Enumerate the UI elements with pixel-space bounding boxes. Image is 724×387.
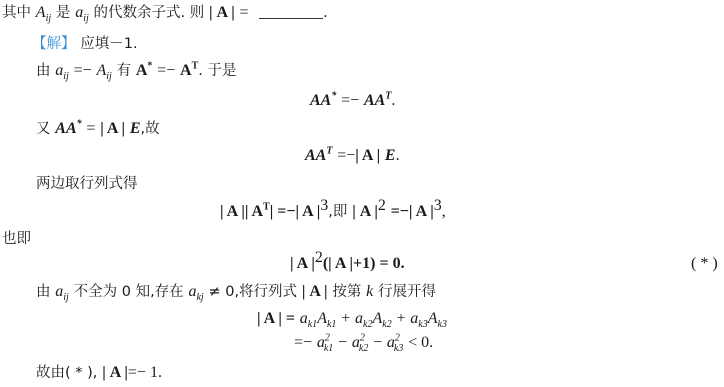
label-star: ( * ) [691, 255, 718, 272]
element-akj: akj [188, 283, 203, 300]
derivation-line-5: 由 aij 不全为 0 知,存在 akj ≠ 0,将行列式 | A | 按第 k… [36, 281, 436, 302]
transpose-A: AT [180, 62, 198, 79]
text-you: 由 [36, 63, 51, 79]
solution-tag: 【解】 [32, 36, 76, 52]
determinant-A: | A | [209, 4, 235, 21]
element-symbol: aij [75, 4, 89, 21]
text-you: 由 [36, 284, 51, 300]
derivation-line-1: 由 aij =− Aij 有 A* =− AT. 于是 [36, 60, 236, 81]
equals-sign: = [240, 4, 249, 21]
det-rhs: | =−| A | [270, 203, 321, 220]
text: 两边取行列式得 [36, 176, 138, 192]
square-2: a2k2 [352, 334, 368, 351]
text-tail: . 于是 [198, 63, 236, 79]
cofactor-symbol: Aij [96, 62, 111, 79]
period: . [391, 92, 395, 109]
element-symbol: aij [55, 62, 69, 79]
determinant-A: | A | [102, 364, 128, 381]
text-ji: ,即 [328, 204, 347, 220]
period: . [396, 147, 400, 164]
exponent: 2 [315, 249, 323, 266]
conclusion: 故由( * ), | A |=− 1. [36, 362, 162, 383]
minus: − [338, 334, 347, 351]
determinant-A: | A | [100, 120, 125, 137]
equation-body: (| A |+1) = 0. [323, 255, 405, 272]
text-tail: 行展开得 [378, 284, 436, 300]
equation-label: ( * ) [691, 253, 718, 274]
text-prefix: 故由( * ), [36, 365, 97, 381]
equation-2: AAT =−| A | E. [305, 145, 400, 166]
equation-6: =− a2k1 − a2k2 − a2k3 < 0. [294, 332, 433, 353]
adjugate-A: A* [136, 62, 153, 79]
element-symbol: aij [55, 283, 69, 300]
AA-star: AA* [55, 120, 81, 137]
answer-blank [259, 18, 323, 19]
equals-neg: =− [337, 147, 355, 164]
equals-neg: =− [74, 62, 92, 79]
equation-1: AA* =− AAT. [310, 90, 395, 111]
period: . [323, 4, 327, 21]
answer-text: 应填－1. [80, 36, 137, 52]
text-has: 有 [117, 63, 132, 79]
det-rhs: =−| A | [391, 203, 434, 220]
equation-3: | A || AT| =−| A |3,即 | A |2 =−| A |3, [220, 201, 446, 222]
identity-E: E [385, 147, 396, 164]
equation-5: | A | = ak1Ak1 + ak2Ak2 + ak3Ak3 [257, 308, 447, 329]
identity-E: E [130, 120, 141, 137]
square-1: a2k1 [317, 334, 333, 351]
less-than-zero: < 0. [408, 334, 433, 351]
det-product: | A || AT [220, 203, 270, 220]
minus: − [373, 334, 382, 351]
exponent: 2 [378, 197, 386, 214]
determinant-A: | A | [355, 147, 380, 164]
derivation-line-4: 也即 [2, 228, 31, 249]
equals-neg: =− [294, 334, 312, 351]
rhs: AAT [364, 92, 391, 109]
term-2: ak2Ak2 [355, 310, 392, 327]
equals-neg: =− [157, 62, 175, 79]
text-is: 是 [56, 5, 71, 21]
result: =− 1. [128, 364, 162, 381]
determinant-A: | A | [302, 283, 328, 300]
det-A: | A | [352, 203, 378, 220]
cofactor-symbol: Aij [36, 4, 51, 21]
equation-4: | A |2(| A |+1) = 0. [290, 253, 405, 274]
square-3: a2k3 [387, 334, 403, 351]
text-you: 又 [36, 121, 51, 137]
comma: , [442, 203, 446, 220]
text: 也即 [2, 231, 31, 247]
text-prefix: 其中 [2, 5, 31, 21]
solution-header: 【解】 应填－1. [32, 33, 138, 54]
plus: + [341, 310, 350, 327]
text-tail: ,故 [141, 121, 160, 137]
det-A: | A | [290, 255, 315, 272]
problem-statement: 其中 Aij 是 aij 的代数余子式. 则 | A | = . [2, 2, 327, 23]
text-mid2: ≠ 0,将行列式 [208, 284, 297, 300]
lhs: | A | = [257, 310, 295, 327]
var-k: k [366, 283, 373, 300]
AA-transpose: AAT [305, 147, 332, 164]
equals-neg: =− [341, 92, 359, 109]
text-suffix: 的代数余子式. 则 [94, 5, 205, 21]
derivation-line-3: 两边取行列式得 [36, 173, 138, 194]
text-mid1: 不全为 0 知,存在 [74, 284, 184, 300]
plus: + [396, 310, 405, 327]
term-3: ak3Ak3 [410, 310, 447, 327]
text-mid3: 按第 [332, 284, 361, 300]
term-1: ak1Ak1 [300, 310, 337, 327]
lhs: AA* [310, 92, 336, 109]
exponent: 3 [434, 197, 442, 214]
equals: = [86, 120, 95, 137]
derivation-line-2: 又 AA* = | A | E,故 [36, 118, 160, 139]
